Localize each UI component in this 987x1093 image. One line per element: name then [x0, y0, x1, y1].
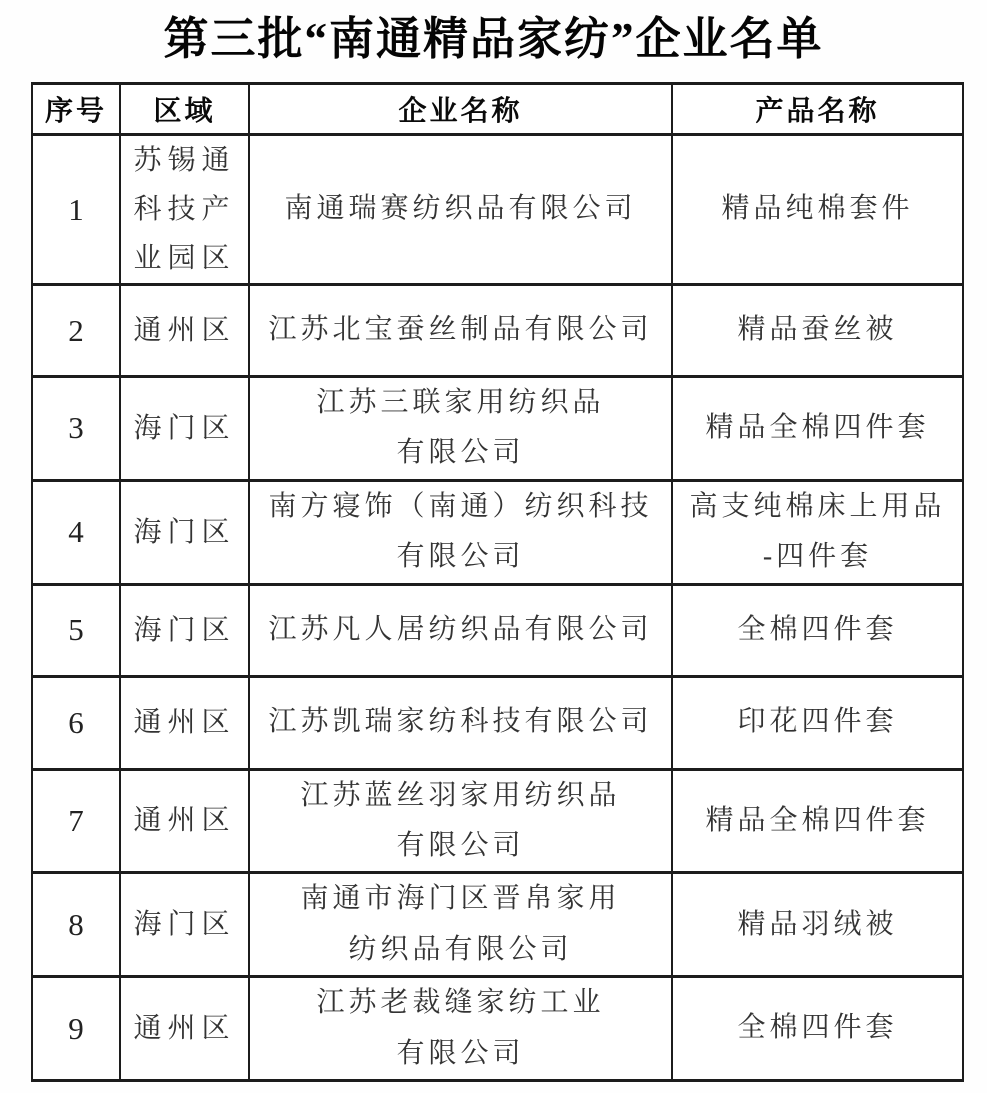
cell-region: 海门区 — [120, 377, 249, 481]
cell-company: 江苏老裁缝家纺工业 有限公司 — [249, 977, 672, 1081]
cell-region: 海门区 — [120, 480, 249, 584]
cell-product: 全棉四件套 — [672, 977, 963, 1081]
cell-index: 3 — [32, 377, 120, 481]
table-row: 4 海门区 南方寝饰（南通）纺织科技 有限公司 高支纯棉床上用品 -四件套 — [32, 480, 963, 584]
cell-index: 5 — [32, 584, 120, 676]
cell-product: 精品羽绒被 — [672, 873, 963, 977]
cell-company: 江苏三联家用纺织品 有限公司 — [249, 377, 672, 481]
cell-company: 南方寝饰（南通）纺织科技 有限公司 — [249, 480, 672, 584]
cell-company: 江苏凡人居纺织品有限公司 — [249, 584, 672, 676]
cell-company: 江苏凯瑞家纺科技有限公司 — [249, 676, 672, 769]
cell-product: 全棉四件套 — [672, 584, 963, 676]
cell-product: 精品全棉四件套 — [672, 377, 963, 481]
table-row: 7 通州区 江苏蓝丝羽家用纺织品 有限公司 精品全棉四件套 — [32, 769, 963, 873]
cell-company: 江苏蓝丝羽家用纺织品 有限公司 — [249, 769, 672, 873]
cell-region: 通州区 — [120, 769, 249, 873]
cell-index: 1 — [32, 135, 120, 285]
cell-company: 南通瑞赛纺织品有限公司 — [249, 135, 672, 285]
column-header-index: 序号 — [32, 84, 120, 135]
cell-region: 海门区 — [120, 873, 249, 977]
column-header-region: 区域 — [120, 84, 249, 135]
table-row: 2 通州区 江苏北宝蚕丝制品有限公司 精品蚕丝被 — [32, 285, 963, 377]
table-row: 5 海门区 江苏凡人居纺织品有限公司 全棉四件套 — [32, 584, 963, 676]
table-row: 3 海门区 江苏三联家用纺织品 有限公司 精品全棉四件套 — [32, 377, 963, 481]
cell-index: 9 — [32, 977, 120, 1081]
cell-company: 江苏北宝蚕丝制品有限公司 — [249, 285, 672, 377]
cell-region: 通州区 — [120, 977, 249, 1081]
cell-index: 6 — [32, 676, 120, 769]
cell-region: 苏锡通 科技产 业园区 — [120, 135, 249, 285]
cell-index: 8 — [32, 873, 120, 977]
cell-index: 2 — [32, 285, 120, 377]
cell-index: 4 — [32, 480, 120, 584]
cell-product: 印花四件套 — [672, 676, 963, 769]
cell-product: 精品全棉四件套 — [672, 769, 963, 873]
document-page: 第三批“南通精品家纺”企业名单 序号 区域 企业名称 产品名称 1 苏锡通 科技… — [0, 0, 987, 1093]
cell-index: 7 — [32, 769, 120, 873]
table-header-row: 序号 区域 企业名称 产品名称 — [32, 84, 963, 135]
table-row: 8 海门区 南通市海门区晋帛家用 纺织品有限公司 精品羽绒被 — [32, 873, 963, 977]
column-header-company: 企业名称 — [249, 84, 672, 135]
cell-product: 高支纯棉床上用品 -四件套 — [672, 480, 963, 584]
column-header-product: 产品名称 — [672, 84, 963, 135]
cell-region: 通州区 — [120, 285, 249, 377]
cell-product: 精品蚕丝被 — [672, 285, 963, 377]
table-row: 9 通州区 江苏老裁缝家纺工业 有限公司 全棉四件套 — [32, 977, 963, 1081]
company-list-table: 序号 区域 企业名称 产品名称 1 苏锡通 科技产 业园区 南通瑞赛纺织品有限公… — [31, 82, 964, 1082]
table-row: 6 通州区 江苏凯瑞家纺科技有限公司 印花四件套 — [32, 676, 963, 769]
cell-company: 南通市海门区晋帛家用 纺织品有限公司 — [249, 873, 672, 977]
cell-region: 海门区 — [120, 584, 249, 676]
cell-product: 精品纯棉套件 — [672, 135, 963, 285]
table-row: 1 苏锡通 科技产 业园区 南通瑞赛纺织品有限公司 精品纯棉套件 — [32, 135, 963, 285]
page-title: 第三批“南通精品家纺”企业名单 — [0, 0, 987, 80]
cell-region: 通州区 — [120, 676, 249, 769]
